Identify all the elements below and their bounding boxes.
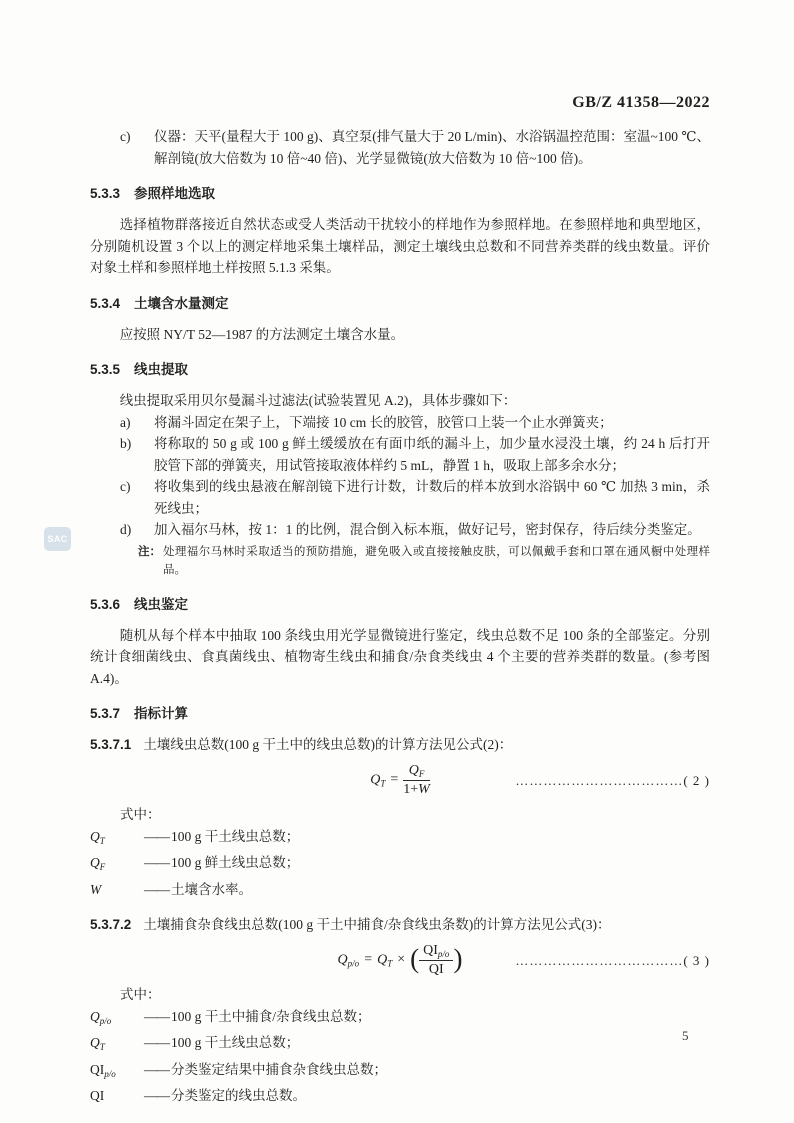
definition-row: Qp/o —— 100 g 干土中捕食/杂食线虫总数； (90, 1006, 710, 1033)
definition-term: QIp/o (90, 1059, 144, 1086)
subclause-text: 土壤捕食杂食线虫总数(100 g 干土中捕食/杂食线虫条数)的计算方法见公式(3… (143, 914, 710, 936)
subclause-number: 5.3.7.2 (90, 914, 131, 936)
section-number: 5.3.5 (90, 360, 120, 380)
formula-3: Qp/o=QT×(QIp/oQI) ………………………………( 3 ) (90, 943, 710, 980)
definition-row: W —— 土壤含水率。 (90, 879, 710, 906)
section-number: 5.3.7 (90, 704, 120, 724)
definition-dash: —— (144, 1006, 169, 1033)
list-item: c) 将收集到的线虫悬液在解剖镜下进行计数，计数后的样本放到水浴锅中 60 ℃ … (120, 476, 710, 519)
definition-row: QF —— 100 g 鲜土线虫总数； (90, 852, 710, 879)
section-heading-534: 5.3.4 土壤含水量测定 (90, 294, 710, 314)
list-item: d) 加入福尔马林，按 1：1 的比例，混合倒入标本瓶，做好记号，密封保存，待后… (120, 519, 710, 541)
definition-dash: —— (144, 1085, 169, 1112)
fraction: QF1+W (403, 763, 430, 800)
formula-variable: Q (370, 772, 380, 787)
list-item: c) 仪器：天平(量程大于 100 g)、真空泵(排气量大于 20 L/min)… (120, 126, 710, 169)
list-item-marker: c) (120, 476, 154, 519)
list-item-marker: c) (120, 126, 154, 169)
note-text: 处理福尔马林时采取适当的预防措施，避免吸入或直接接触皮肤，可以佩戴手套和口罩在通… (163, 543, 710, 580)
paragraph: 应按照 NY/T 52—1987 的方法测定土壤含水量。 (90, 324, 710, 346)
definition-desc: 100 g 干土线虫总数； (171, 1032, 710, 1059)
subclause-5371: 5.3.7.1 土壤线虫总数(100 g 干土中的线虫总数)的计算方法见公式(2… (90, 734, 710, 756)
definition-dash: —— (144, 879, 169, 906)
definition-term: QF (90, 852, 144, 879)
formula-tag: ( 3 ) (683, 953, 710, 968)
note: 注： 处理福尔马林时采取适当的预防措施，避免吸入或直接接触皮肤，可以佩戴手套和口… (138, 543, 710, 580)
definition-row: QI —— 分类鉴定的线虫总数。 (90, 1085, 710, 1112)
list-item-text: 仪器：天平(量程大于 100 g)、真空泵(排气量大于 20 L/min)、水浴… (154, 126, 710, 169)
document-page: SAC GB/Z 41358—2022 c) 仪器：天平(量程大于 100 g)… (0, 0, 794, 1123)
definition-term: W (90, 879, 144, 906)
standard-code-header: GB/Z 41358—2022 (90, 93, 710, 113)
definition-desc: 土壤含水率。 (171, 879, 710, 906)
definition-term: QT (90, 826, 144, 853)
sac-logo-watermark: SAC (44, 527, 71, 551)
definition-row: QIp/o —— 分类鉴定结果中捕食杂食线虫总数； (90, 1059, 710, 1086)
formula-leader: ………………………………( 3 ) (515, 950, 710, 972)
paragraph: 选择植物群落接近自然状态或受人类活动干扰较小的样地作为参照样地。在参照样地和典型… (90, 214, 710, 279)
note-label: 注： (138, 543, 161, 580)
definition-desc: 分类鉴定结果中捕食杂食线虫总数； (171, 1059, 710, 1086)
definition-desc: 100 g 鲜土线虫总数； (171, 852, 710, 879)
section-number: 5.3.3 (90, 184, 120, 204)
subclause-5372: 5.3.7.2 土壤捕食杂食线虫总数(100 g 干土中捕食/杂食线虫条数)的计… (90, 914, 710, 936)
list-item-marker: b) (120, 433, 154, 476)
close-paren: ) (453, 943, 462, 973)
section-title: 指标计算 (134, 704, 188, 724)
definition-term: QI (90, 1085, 144, 1112)
section-heading-533: 5.3.3 参照样地选取 (90, 184, 710, 204)
formula-2: QT=QF1+W ………………………………( 2 ) (90, 763, 710, 800)
page-content: GB/Z 41358—2022 c) 仪器：天平(量程大于 100 g)、真空泵… (90, 93, 710, 1112)
formula-tag: ( 2 ) (683, 773, 710, 788)
definition-dash: —— (144, 1032, 169, 1059)
list-item-text: 将漏斗固定在架子上，下端接 10 cm 长的胶管，胶管口上装一个止水弹簧夹； (154, 412, 710, 434)
section-number: 5.3.4 (90, 294, 120, 314)
definition-row: QT —— 100 g 干土线虫总数； (90, 1032, 710, 1059)
formula-leader: ………………………………( 2 ) (515, 770, 710, 792)
where-label: 式中： (120, 804, 710, 826)
formula-3-expression: Qp/o=QT×(QIp/oQI) (338, 943, 463, 980)
definition-term: Qp/o (90, 1006, 144, 1033)
section-title: 线虫提取 (134, 360, 188, 380)
section-heading-536: 5.3.6 线虫鉴定 (90, 595, 710, 615)
definition-dash: —— (144, 1059, 169, 1086)
section-title: 线虫鉴定 (134, 595, 188, 615)
list-item-marker: a) (120, 412, 154, 434)
subclause-text: 土壤线虫总数(100 g 干土中的线虫总数)的计算方法见公式(2)： (143, 734, 710, 756)
list-item-text: 将收集到的线虫悬液在解剖镜下进行计数，计数后的样本放到水浴锅中 60 ℃ 加热 … (154, 476, 710, 519)
list-item: a) 将漏斗固定在架子上，下端接 10 cm 长的胶管，胶管口上装一个止水弹簧夹… (120, 412, 710, 434)
section-heading-535: 5.3.5 线虫提取 (90, 360, 710, 380)
section-title: 参照样地选取 (134, 184, 215, 204)
list-item-marker: d) (120, 519, 154, 541)
list-item: b) 将称取的 50 g 或 100 g 鲜土缓缓放在有面巾纸的漏斗上，加少量水… (120, 433, 710, 476)
definition-dash: —— (144, 826, 169, 853)
definition-row: QT —— 100 g 干土线虫总数； (90, 826, 710, 853)
definition-desc: 100 g 干土中捕食/杂食线虫总数； (171, 1006, 710, 1033)
formula-2-expression: QT=QF1+W (370, 763, 430, 800)
section-title: 土壤含水量测定 (134, 294, 229, 314)
fraction: QIp/oQI (419, 943, 453, 980)
open-paren: ( (410, 943, 419, 973)
page-number: 5 (682, 1028, 689, 1044)
definition-term: QT (90, 1032, 144, 1059)
paragraph: 随机从每个样本中抽取 100 条线虫用光学显微镜进行鉴定，线虫总数不足 100 … (90, 625, 710, 690)
paragraph: 线虫提取采用贝尔曼漏斗过滤法(试验装置见 A.2)，具体步骤如下： (90, 390, 710, 412)
subclause-number: 5.3.7.1 (90, 734, 131, 756)
list-item-text: 加入福尔马林，按 1：1 的比例，混合倒入标本瓶，做好记号，密封保存，待后续分类… (154, 519, 710, 541)
definition-dash: —— (144, 852, 169, 879)
section-number: 5.3.6 (90, 595, 120, 615)
section-heading-537: 5.3.7 指标计算 (90, 704, 710, 724)
where-label: 式中： (120, 984, 710, 1006)
list-item-text: 将称取的 50 g 或 100 g 鲜土缓缓放在有面巾纸的漏斗上，加少量水浸没土… (154, 433, 710, 476)
definition-desc: 100 g 干土线虫总数； (171, 826, 710, 853)
definition-desc: 分类鉴定的线虫总数。 (171, 1085, 710, 1112)
